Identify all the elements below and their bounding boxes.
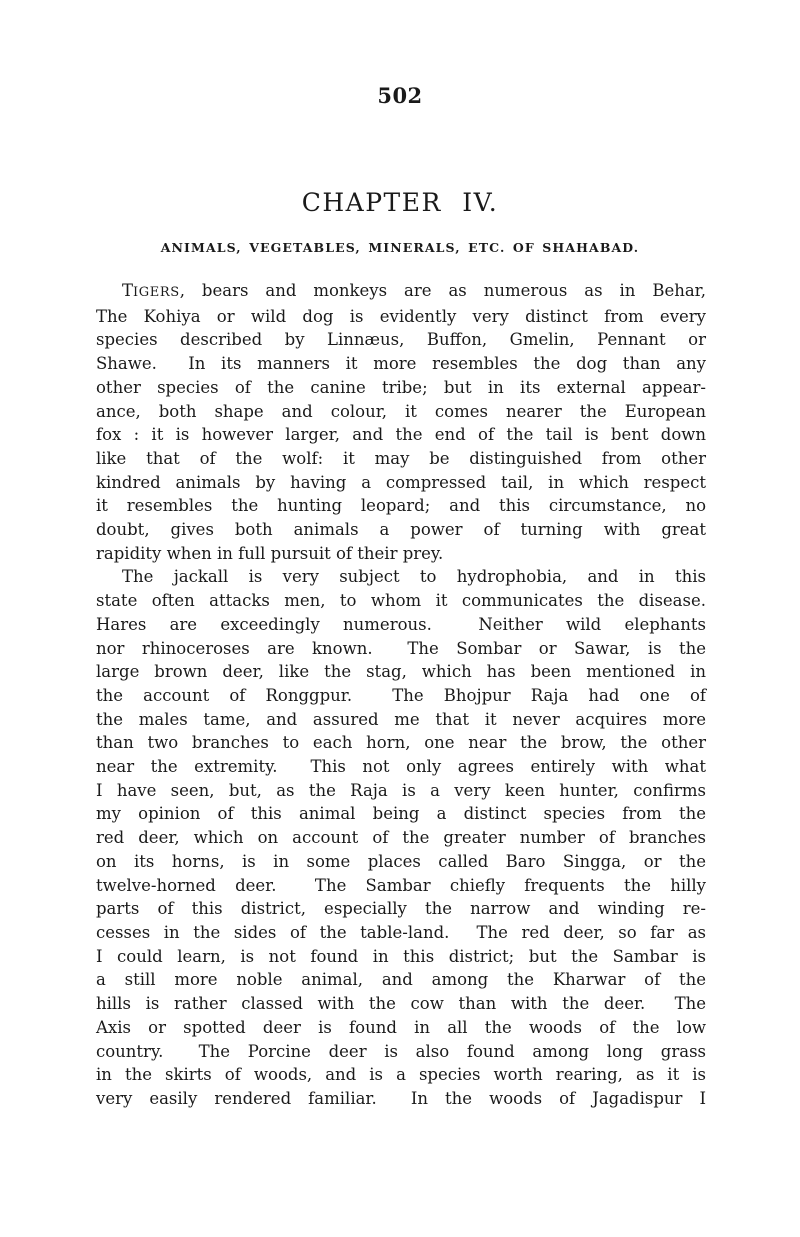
paragraph-1-lines: The Kohiya or wild dog is evidently very… (96, 305, 706, 566)
paragraph-line: near the extremity. This not only agrees… (96, 755, 706, 779)
paragraph-line: state often attacks men, to whom it comm… (96, 589, 706, 613)
paragraph-line: TIGERS, bears and monkeys are as numerou… (96, 279, 706, 305)
paragraph-line: Shawe. In its manners it more resembles … (96, 352, 706, 376)
body-text: TIGERS, bears and monkeys are as numerou… (96, 279, 706, 1111)
paragraph-line: kindred animals by having a compressed t… (96, 471, 706, 495)
paragraph-line: parts of this district, especially the n… (96, 897, 706, 921)
paragraph-line: country. The Porcine deer is also found … (96, 1040, 706, 1064)
paragraph-2-lines: The jackall is very subject to hydrophob… (96, 565, 706, 1110)
paragraph-line: nor rhinoceroses are known. The Sombar o… (96, 637, 706, 661)
paragraph-line: than two branches to each horn, one near… (96, 731, 706, 755)
paragraph-line: I have seen, but, as the Raja is a very … (96, 779, 706, 803)
paragraph-line: other species of the canine tribe; but i… (96, 376, 706, 400)
paragraph-line: fox : it is however larger, and the end … (96, 423, 706, 447)
paragraph-line: the males tame, and assured me that it n… (96, 708, 706, 732)
paragraph-line: The jackall is very subject to hydrophob… (96, 565, 706, 589)
chapter-subtitle: ANIMALS, VEGETABLES, MINERALS, ETC. OF S… (0, 240, 800, 255)
paragraph-line: species described by Linnæus, Buffon, Gm… (96, 328, 706, 352)
paragraph-line: in the skirts of woods, and is a species… (96, 1063, 706, 1087)
paragraph-line: twelve-horned deer. The Sambar chiefly f… (96, 874, 706, 898)
paragraph-line: I could learn, is not found in this dist… (96, 945, 706, 969)
book-page: 502 CHAPTER IV. ANIMALS, VEGETABLES, MIN… (0, 0, 800, 1237)
paragraph-line: rapidity when in full pursuit of their p… (96, 542, 706, 566)
paragraph-line: hills is rather classed with the cow tha… (96, 992, 706, 1016)
paragraph-line: it resembles the hunting leopard; and th… (96, 494, 706, 518)
paragraph-line: cesses in the sides of the table-land. T… (96, 921, 706, 945)
paragraph-line: like that of the wolf: it may be disting… (96, 447, 706, 471)
paragraph-line: red deer, which on account of the greate… (96, 826, 706, 850)
paragraph-line: a still more noble animal, and among the… (96, 968, 706, 992)
paragraph-line: ance, both shape and colour, it comes ne… (96, 400, 706, 424)
paragraph-line: large brown deer, like the stag, which h… (96, 660, 706, 684)
paragraph-line: the account of Ronggpur. The Bhojpur Raj… (96, 684, 706, 708)
paragraph-line: very easily rendered familiar. In the wo… (96, 1087, 706, 1111)
paragraph-line: on its horns, is in some places called B… (96, 850, 706, 874)
paragraph-line: The Kohiya or wild dog is evidently very… (96, 305, 706, 329)
paragraph-line: Hares are exceedingly numerous. Neither … (96, 613, 706, 637)
paragraph-line: my opinion of this animal being a distin… (96, 802, 706, 826)
paragraph-2: The jackall is very subject to hydrophob… (96, 565, 706, 1110)
line-text: , bears and monkeys are as numerous as i… (180, 281, 706, 300)
chapter-heading: CHAPTER IV. (0, 189, 800, 217)
paragraph-1: TIGERS, bears and monkeys are as numerou… (96, 279, 706, 565)
paragraph-line: Axis or spotted deer is found in all the… (96, 1016, 706, 1040)
lead-capital: T (122, 281, 133, 300)
paragraph-line: doubt, gives both animals a power of tur… (96, 518, 706, 542)
lead-small-caps: IGERS (133, 285, 180, 300)
page-number: 502 (0, 84, 800, 107)
